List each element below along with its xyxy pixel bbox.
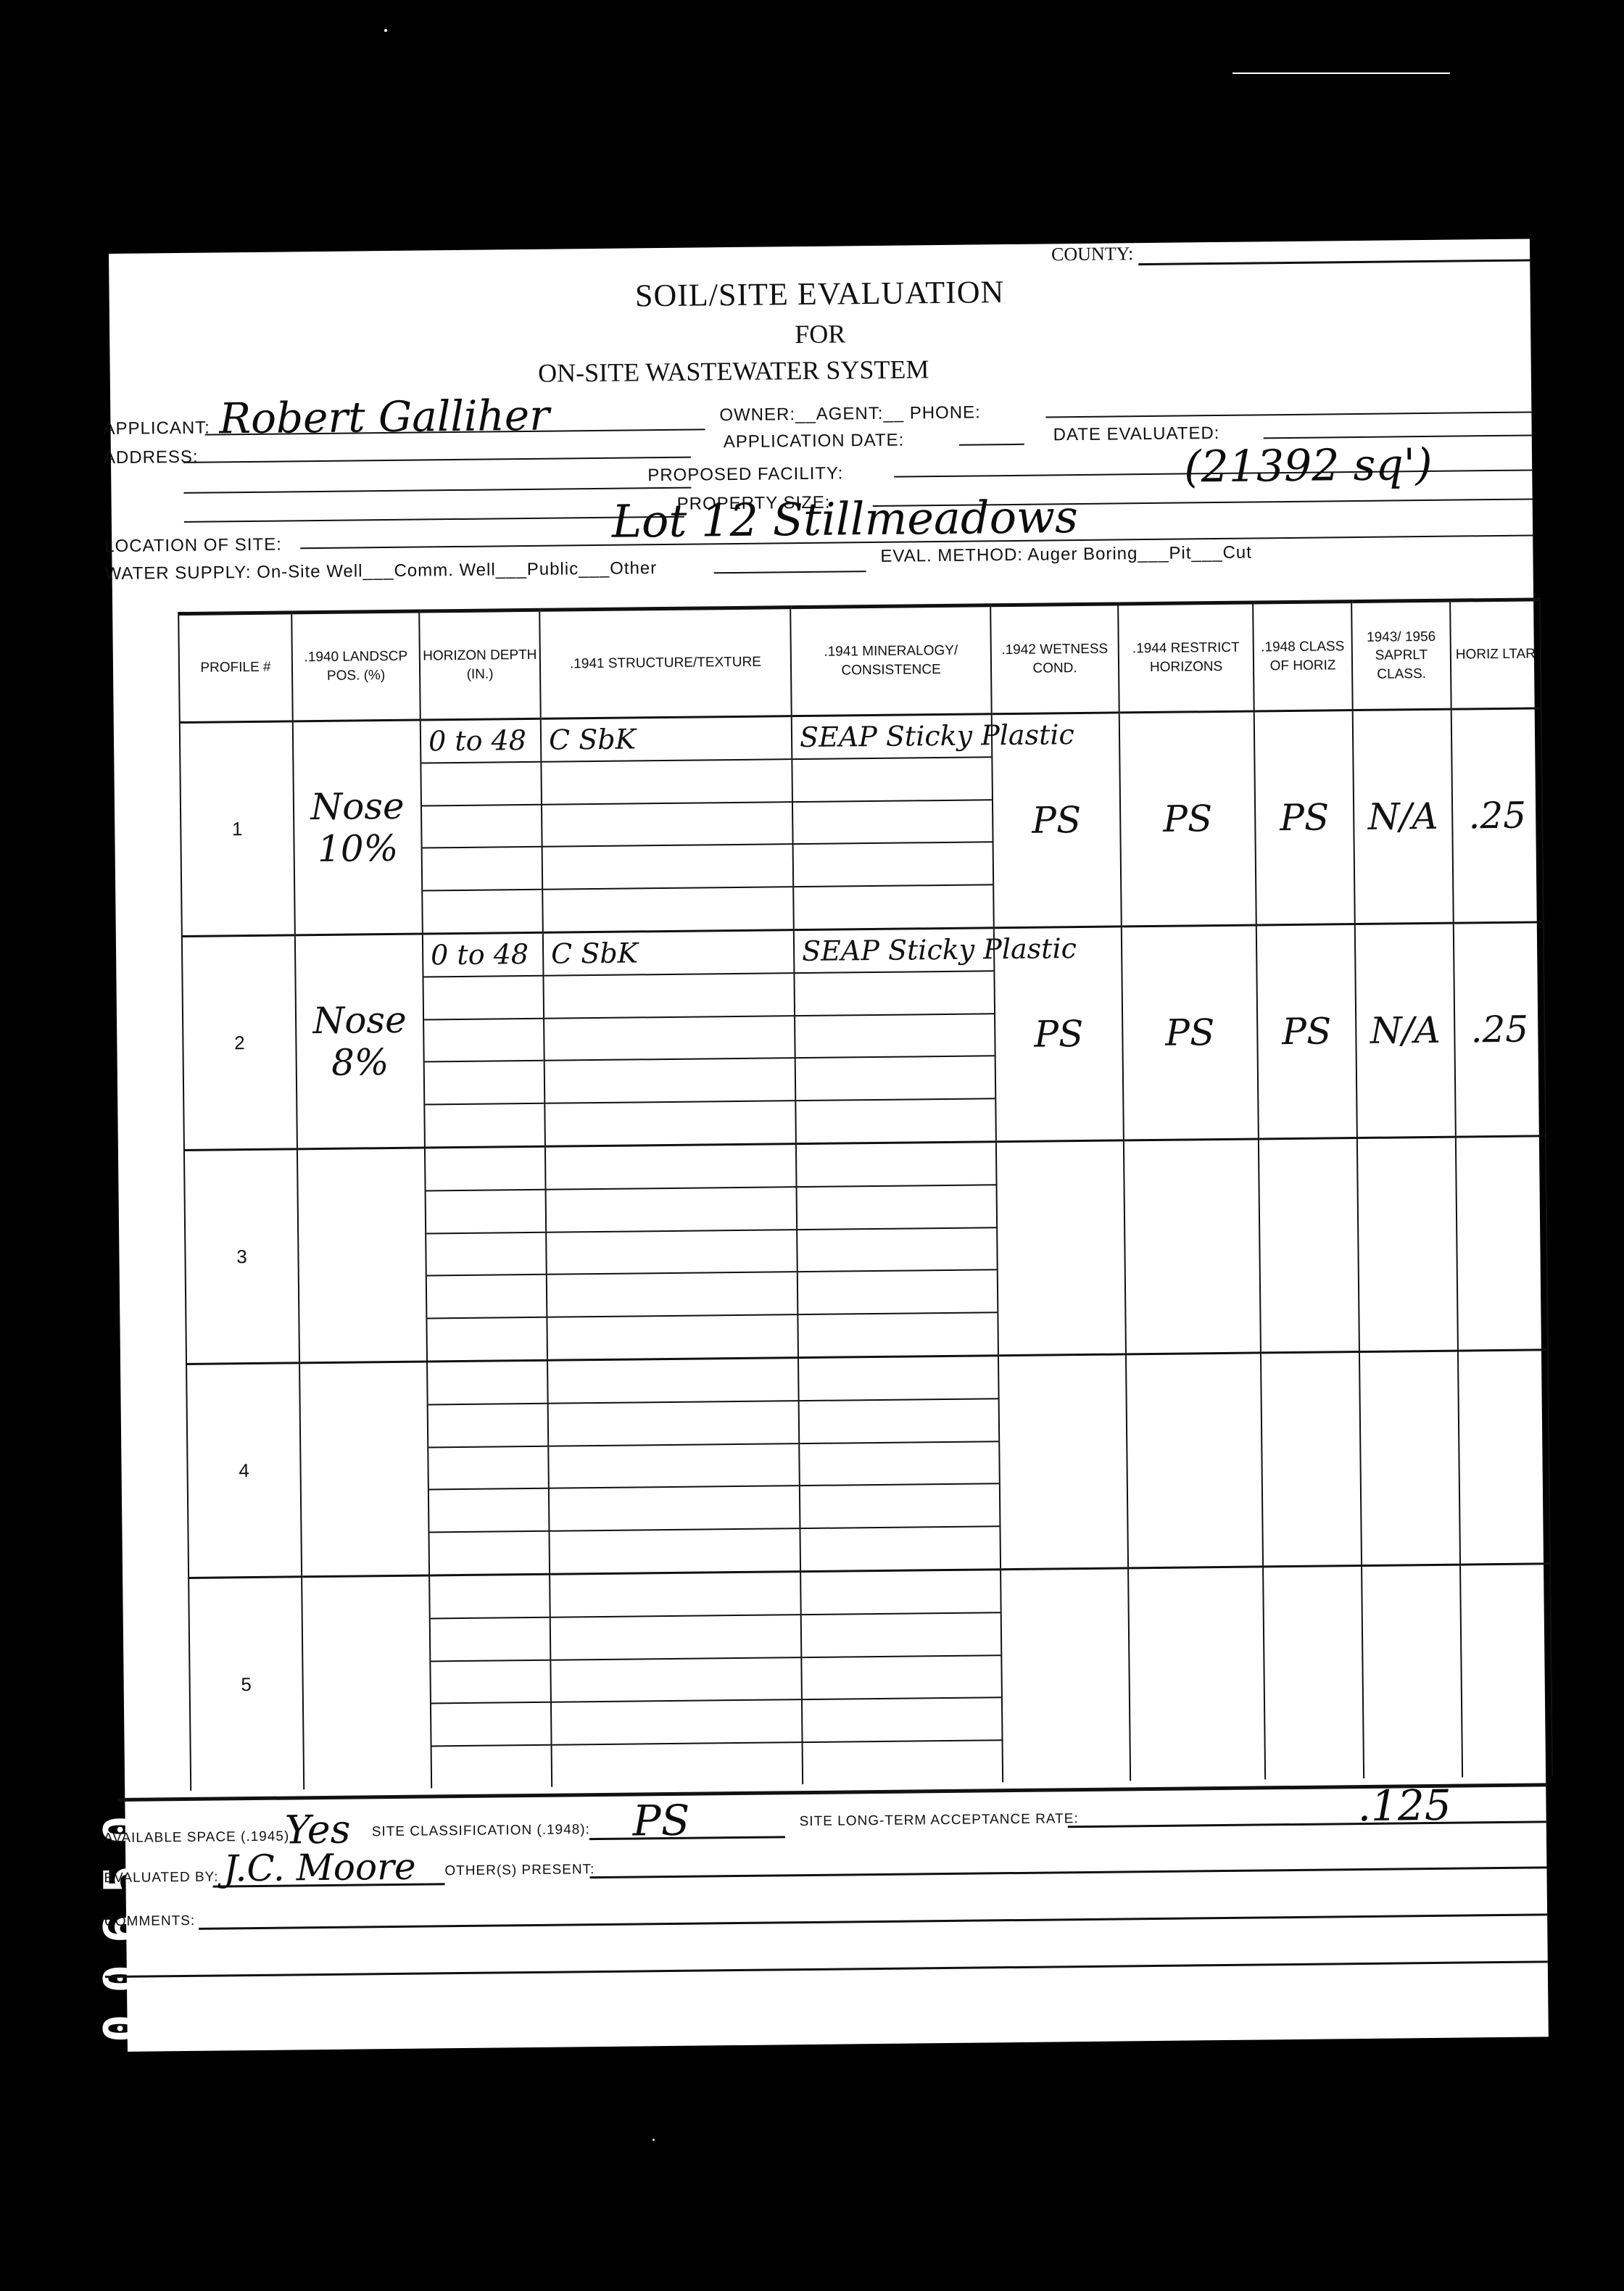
wetness-condition[interactable] — [998, 1354, 1128, 1570]
saprolite-class[interactable] — [1357, 1137, 1458, 1351]
profile-number-value: 3 — [236, 1246, 247, 1267]
saprolite-class[interactable] — [1362, 1565, 1462, 1778]
site-classification-value: PS — [632, 1796, 689, 1846]
wetness-condition[interactable]: PS — [994, 927, 1124, 1142]
mineralogy-consistence[interactable] — [798, 1356, 1000, 1572]
landscape-position[interactable] — [299, 1362, 429, 1577]
horizon-class[interactable] — [1261, 1352, 1362, 1567]
ltar-value: .125 — [1357, 1781, 1451, 1831]
wetness-condition[interactable]: PS — [992, 713, 1122, 928]
table-row: 3 — [184, 1136, 1548, 1364]
horizon-ltar[interactable] — [1458, 1350, 1550, 1565]
mineralogy-consistence[interactable] — [800, 1570, 1003, 1784]
table-header-row: PROFILE # .1940 LANDSCP POS. (%) HORIZON… — [178, 600, 1541, 723]
horizon-depth[interactable] — [427, 1360, 550, 1575]
horizon-depth[interactable] — [429, 1574, 552, 1788]
restrict-horizons-value: PS — [1165, 1011, 1215, 1054]
address-field-line2[interactable] — [183, 487, 691, 494]
comments-label: COMMENTS: — [104, 1913, 195, 1930]
comments-field[interactable] — [199, 1913, 1547, 1929]
evaluated-by-value: J.C. Moore — [223, 1846, 416, 1890]
profile-number-value: 2 — [234, 1032, 245, 1053]
county-label: COUNTY: — [1051, 243, 1133, 265]
restrict-horizons[interactable]: PS — [1122, 925, 1259, 1140]
landscape-position[interactable] — [297, 1148, 427, 1363]
landscape-position[interactable]: Nose 10% — [293, 720, 423, 935]
landscape-position-value: Nose 10% — [310, 785, 405, 870]
structure-texture[interactable] — [550, 1572, 803, 1787]
saprolite-class[interactable]: N/A — [1355, 923, 1456, 1138]
profile-number[interactable]: 2 — [182, 935, 297, 1151]
date-evaluated-field[interactable] — [1264, 434, 1532, 439]
water-supply-label: WATER SUPPLY: On-Site Well___Comm. Well_… — [104, 558, 657, 584]
horizon-depth[interactable]: 0 to 48 — [420, 718, 543, 934]
saprolite-class-value: N/A — [1370, 1009, 1441, 1052]
col-landscape: .1940 LANDSCP POS. (%) — [291, 611, 420, 721]
horizon-ltar[interactable]: .25 — [1454, 922, 1546, 1137]
water-supply-other-field[interactable] — [714, 571, 866, 573]
restrict-horizons-value: PS — [1163, 797, 1213, 840]
horizon-class[interactable]: PS — [1256, 924, 1357, 1139]
col-horizon-depth: HORIZON DEPTH (IN.) — [419, 610, 541, 720]
form-title: SOIL/SITE EVALUATION — [109, 268, 1530, 320]
mineralogy-consistence[interactable] — [796, 1142, 998, 1358]
col-restrict: .1944 RESTRICT HORIZONS — [1118, 602, 1254, 713]
table-row: 2Nose 8%0 to 48C SbKSEAP Sticky PlasticP… — [182, 922, 1546, 1151]
evaluated-by-label: EVALUATED BY: — [104, 1870, 218, 1887]
saprolite-class-value: N/A — [1368, 795, 1438, 838]
ltar-label: SITE LONG-TERM ACCEPTANCE RATE: — [800, 1811, 1079, 1830]
col-ltar: HORIZ LTAR — [1450, 600, 1541, 709]
profile-number-value: 5 — [241, 1673, 252, 1695]
available-space-label: AVAILABLE SPACE (.1945) — [104, 1829, 290, 1847]
profile-number[interactable]: 5 — [188, 1577, 304, 1791]
structure-texture[interactable] — [545, 1144, 798, 1361]
landscape-position[interactable] — [302, 1575, 431, 1789]
scan-speck — [384, 29, 387, 32]
wetness-condition-value: PS — [1034, 1013, 1084, 1056]
horizon-ltar[interactable]: .25 — [1451, 708, 1544, 923]
horizon-ltar-value: .25 — [1470, 1008, 1528, 1051]
comments-field-line2[interactable] — [105, 1960, 1548, 1978]
horizon-depth[interactable] — [425, 1146, 547, 1362]
structure-texture[interactable]: C SbK — [541, 716, 794, 933]
application-date-field[interactable] — [959, 444, 1024, 446]
applicant-label: APPLICANT: — [103, 418, 210, 440]
table-row: 1Nose 10%0 to 48C SbKSEAP Sticky Plastic… — [180, 708, 1544, 937]
ltar-field[interactable] — [1068, 1820, 1546, 1828]
wetness-condition-value: PS — [1032, 799, 1082, 842]
horizon-depth[interactable]: 0 to 48 — [423, 932, 545, 1148]
phone-field[interactable] — [1045, 411, 1531, 418]
site-classification-label: SITE CLASSIFICATION (.1948): — [372, 1822, 590, 1840]
horizon-class[interactable] — [1259, 1138, 1359, 1353]
scan-streak — [1232, 72, 1450, 74]
col-saprolite: 1943/ 1956 SAPRLT CLASS. — [1351, 600, 1451, 710]
col-profile: PROFILE # — [178, 613, 293, 723]
soil-profile-table: PROFILE # .1940 LANDSCP POS. (%) HORIZON… — [178, 597, 1553, 1791]
county-field[interactable] — [1138, 259, 1530, 265]
col-wetness: .1942 WETNESS COND. — [990, 604, 1119, 714]
property-size-value: (21392 sq') — [1184, 439, 1433, 493]
horizon-depth-value: 0 to 48 — [428, 724, 526, 757]
address-field[interactable] — [183, 457, 691, 463]
profile-number-value: 1 — [232, 818, 243, 840]
table-row: 4 — [186, 1350, 1550, 1578]
horizon-ltar[interactable] — [1456, 1136, 1548, 1351]
saprolite-class[interactable] — [1359, 1351, 1460, 1565]
application-date-label: APPLICATION DATE: — [724, 431, 905, 453]
form-page: COUNTY: SOIL/SITE EVALUATION FOR ON-SITE… — [109, 239, 1549, 2051]
address-field-line3[interactable] — [184, 516, 684, 523]
others-present-label: OTHER(S) PRESENT: — [444, 1862, 594, 1879]
mineralogy-consistence[interactable]: SEAP Sticky Plastic — [792, 714, 994, 930]
col-mineralogy: .1941 MINERALOGY/ CONSISTENCE — [790, 605, 992, 716]
restrict-horizons[interactable] — [1126, 1353, 1263, 1568]
profile-number-value: 4 — [239, 1459, 249, 1481]
profile-number[interactable]: 3 — [184, 1149, 299, 1364]
location-value: Lot 12 Stillmeadows — [612, 490, 1079, 548]
horizon-class[interactable]: PS — [1254, 710, 1355, 925]
structure-texture-value: C SbK — [551, 937, 638, 969]
profile-number[interactable]: 1 — [180, 721, 295, 937]
horizon-depth-value: 0 to 48 — [431, 938, 529, 971]
restrict-horizons[interactable]: PS — [1119, 711, 1256, 927]
col-structure-texture: .1941 STRUCTURE/TEXTURE — [539, 608, 792, 719]
structure-texture-value: C SbK — [549, 723, 636, 755]
col-class: .1948 CLASS OF HORIZ — [1253, 602, 1353, 711]
proposed-facility-label: PROPOSED FACILITY: — [647, 463, 843, 486]
horizon-class-value: PS — [1280, 796, 1330, 839]
horizon-class[interactable] — [1263, 1566, 1364, 1780]
table-row: 5 — [188, 1564, 1552, 1791]
horizon-class-value: PS — [1282, 1010, 1332, 1053]
structure-texture[interactable] — [547, 1358, 800, 1575]
address-label: ADDRESS: — [104, 447, 199, 468]
horizon-ltar-value: .25 — [1468, 795, 1526, 837]
profile-number[interactable]: 4 — [186, 1363, 302, 1578]
eval-method-label: EVAL. METHOD: Auger Boring___Pit___Cut — [880, 543, 1252, 567]
saprolite-class[interactable]: N/A — [1353, 709, 1454, 924]
others-present-field[interactable] — [589, 1866, 1546, 1878]
scan-speck — [652, 2139, 655, 2141]
mineralogy-consistence[interactable]: SEAP Sticky Plastic — [794, 928, 996, 1144]
wetness-condition[interactable] — [996, 1140, 1126, 1356]
applicant-value: Robert Galliher — [219, 391, 550, 444]
owner-agent-phone-label: OWNER:__AGENT:__ PHONE: — [719, 402, 981, 426]
wetness-condition[interactable] — [1000, 1568, 1130, 1782]
landscape-position[interactable]: Nose 8% — [295, 934, 425, 1149]
structure-texture[interactable]: C SbK — [543, 930, 796, 1147]
location-label: LOCATION OF SITE: — [104, 535, 282, 558]
horizon-ltar[interactable] — [1460, 1564, 1552, 1778]
landscape-position-value: Nose 8% — [312, 999, 407, 1084]
restrict-horizons[interactable] — [1124, 1139, 1261, 1354]
restrict-horizons[interactable] — [1128, 1567, 1265, 1781]
